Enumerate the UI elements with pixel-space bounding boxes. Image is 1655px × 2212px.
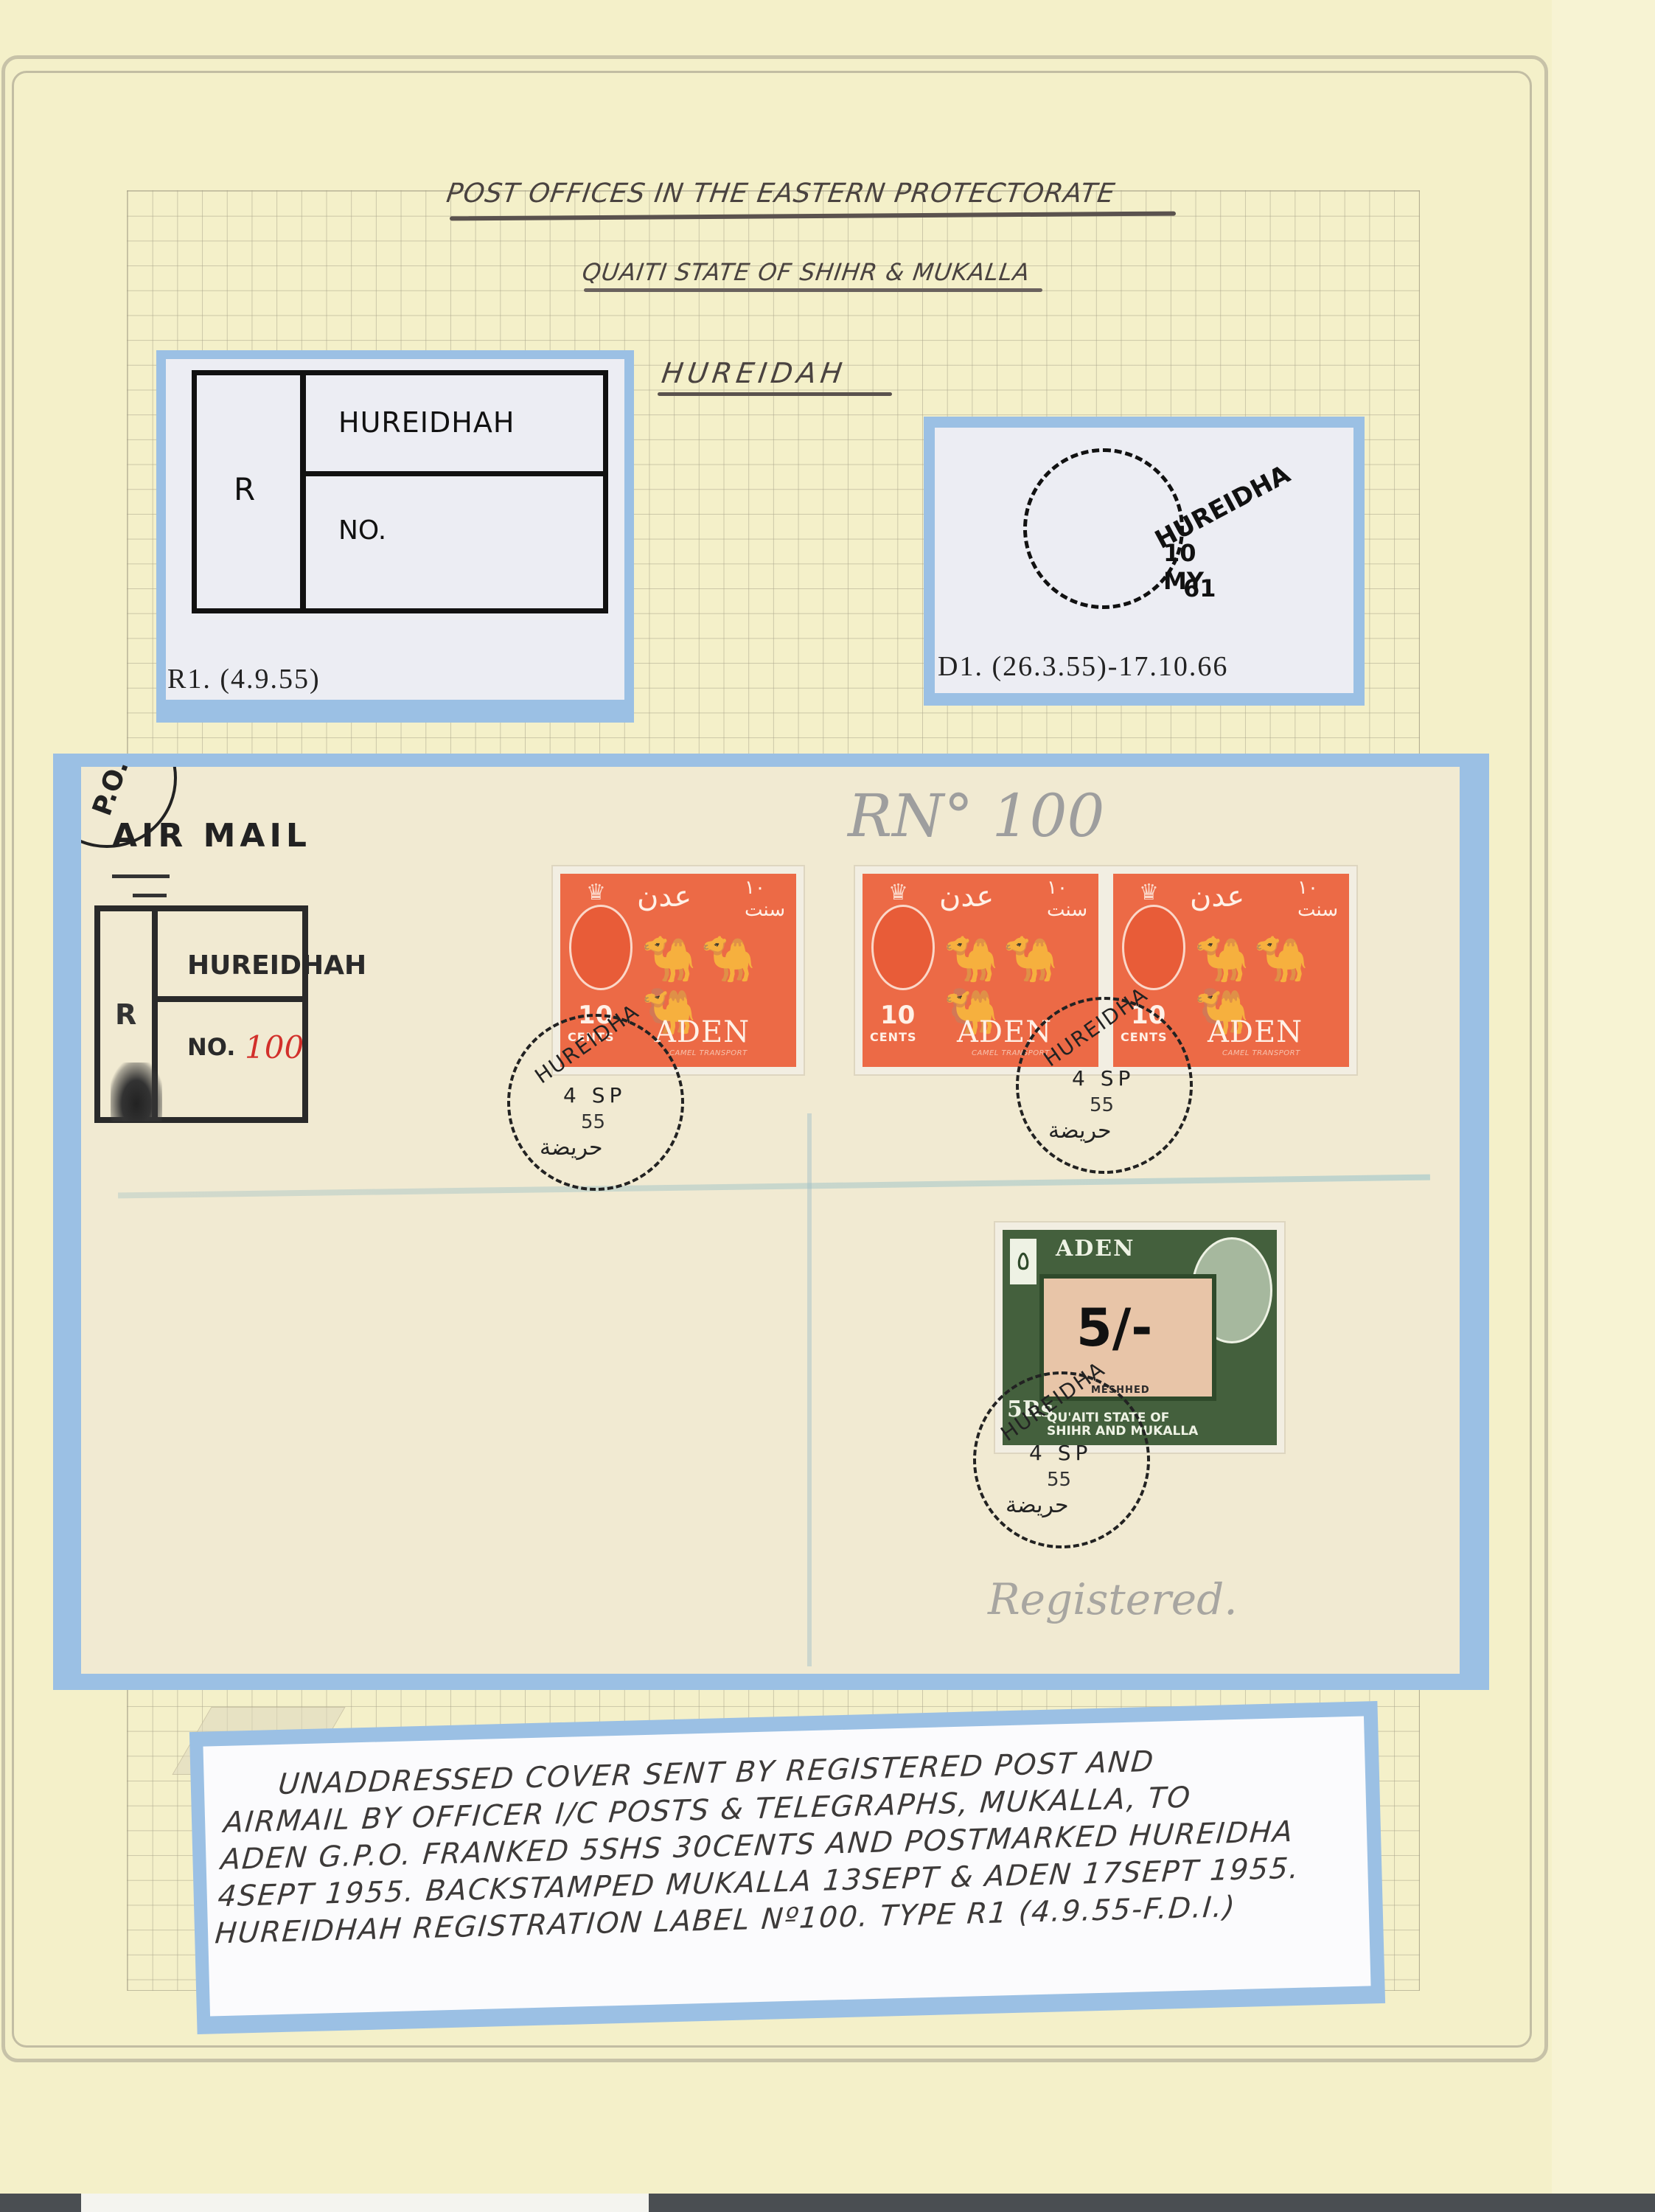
stamp-arabic-value: ١٠ سنت (1297, 877, 1349, 921)
stamp-arabic-value: ١٠ سنت (745, 877, 796, 921)
datestamp-year: 61 (1183, 574, 1216, 602)
datestamp-caption: D1. (26.3.55)-17.10.66 (938, 650, 1228, 683)
description-card[interactable]: UNADDRESSED COVER SENT BY REGISTERED POS… (203, 1716, 1370, 2016)
subtitle-underline (584, 288, 1042, 292)
cover-registration-office: HUREIDHAH (187, 950, 366, 981)
label-divider-horizontal (304, 471, 606, 476)
queen-portrait-icon (871, 905, 935, 990)
stamp-arabic-name: عدن (1190, 880, 1244, 914)
postmark-date: 4 SP (1029, 1441, 1092, 1465)
postmark-date: 4 SP (1072, 1066, 1135, 1091)
label-divider-horizontal (156, 996, 303, 1002)
label-divider-vertical (300, 375, 306, 608)
postmark-arabic: حريضة (540, 1135, 603, 1161)
cover[interactable]: P.O. AIR MAIL RN° 100 R HUREIDHAH NO. 10… (81, 767, 1460, 1674)
stamp-caption: CAMEL TRANSPORT (1222, 1049, 1300, 1057)
ink-smudge (111, 1062, 162, 1121)
office-heading: HUREIDAH (660, 357, 849, 389)
datestamp-card[interactable]: HUREIDHA 10 MY 61 D1. (26.3.55)-17.10.66 (935, 428, 1353, 693)
crown-icon: ♛ (888, 880, 908, 905)
crown-icon: ♛ (586, 880, 606, 905)
cover-registration-letter: R (115, 998, 136, 1031)
datestamp-ring: HUREIDHA 10 MY 61 (1023, 448, 1184, 609)
postmark-hureidha-3: HUREIDHA 4 SP 55 حريضة (973, 1371, 1150, 1548)
stamp-arabic-value: ١٠ سنت (1047, 877, 1098, 921)
postmark-year: 55 (581, 1111, 605, 1133)
page-title: POST OFFICES IN THE EASTERN PROTECTORATE (445, 178, 1117, 209)
registration-caption: R1. (4.9.55) (167, 663, 321, 695)
blue-crayon-line-horizontal (118, 1175, 1430, 1199)
postmark-arabic: حريضة (1048, 1118, 1112, 1144)
airmail-inscription: AIR MAIL (112, 817, 311, 855)
registration-label-card[interactable]: R HUREIDHAH NO. R1. (4.9.55) (166, 359, 624, 700)
cover-registration-label: R HUREIDHAH NO. 100 (94, 905, 308, 1123)
registration-office: HUREIDHAH (338, 406, 515, 439)
office-heading-underline (658, 392, 892, 396)
postmark-date: 4 SP (563, 1083, 626, 1107)
queen-portrait-icon (1122, 905, 1185, 990)
blue-crayon-line-vertical (807, 1113, 812, 1666)
postmark-hureidha-1: HUREIDHA 4 SP 55 حريضة (507, 1014, 684, 1191)
page-edge (1552, 0, 1655, 2194)
scanner-edge-paper (81, 2194, 649, 2212)
stamp-country: ADEN (1056, 1236, 1135, 1262)
stamp-arabic-value: ٥ (1010, 1239, 1036, 1284)
stamp-arabic-name: عدن (637, 880, 691, 914)
queen-portrait-icon (569, 905, 633, 990)
crown-icon: ♛ (1139, 880, 1159, 905)
stamp-value: 10 (880, 1001, 915, 1030)
page-subtitle: QUAITI STATE OF SHIHR & MUKALLA (580, 258, 1031, 286)
registration-label-frame: R HUREIDHAH NO. (192, 370, 608, 613)
stamp-arabic-name: عدن (939, 880, 994, 914)
postmark-arabic: حريضة (1006, 1492, 1069, 1518)
cover-registration-number: 100 (245, 1029, 304, 1065)
description-text: UNADDRESSED COVER SENT BY REGISTERED POS… (214, 1738, 1363, 1952)
cover-registration-number-label: NO. (187, 1033, 235, 1061)
stamp-unit: CENTS (870, 1030, 917, 1044)
pencil-registered-note: Registered. (988, 1574, 1238, 1624)
stamp-surcharge: 5/- (1076, 1298, 1152, 1358)
registration-number-label: NO. (338, 515, 386, 546)
postmark-year: 55 (1047, 1469, 1071, 1491)
stamp-caption: CAMEL TRANSPORT (669, 1049, 748, 1057)
airmail-underline (112, 874, 170, 878)
registration-letter: R (234, 471, 255, 507)
stamp-country: ADEN (655, 1015, 750, 1049)
pencil-registration-note: RN° 100 (848, 782, 1104, 850)
airmail-underline-2 (133, 894, 167, 897)
stamp-country: ADEN (1208, 1015, 1303, 1049)
postmark-hureidha-2: HUREIDHA 4 SP 55 حريضة (1016, 997, 1193, 1174)
postmark-year: 55 (1090, 1094, 1114, 1116)
